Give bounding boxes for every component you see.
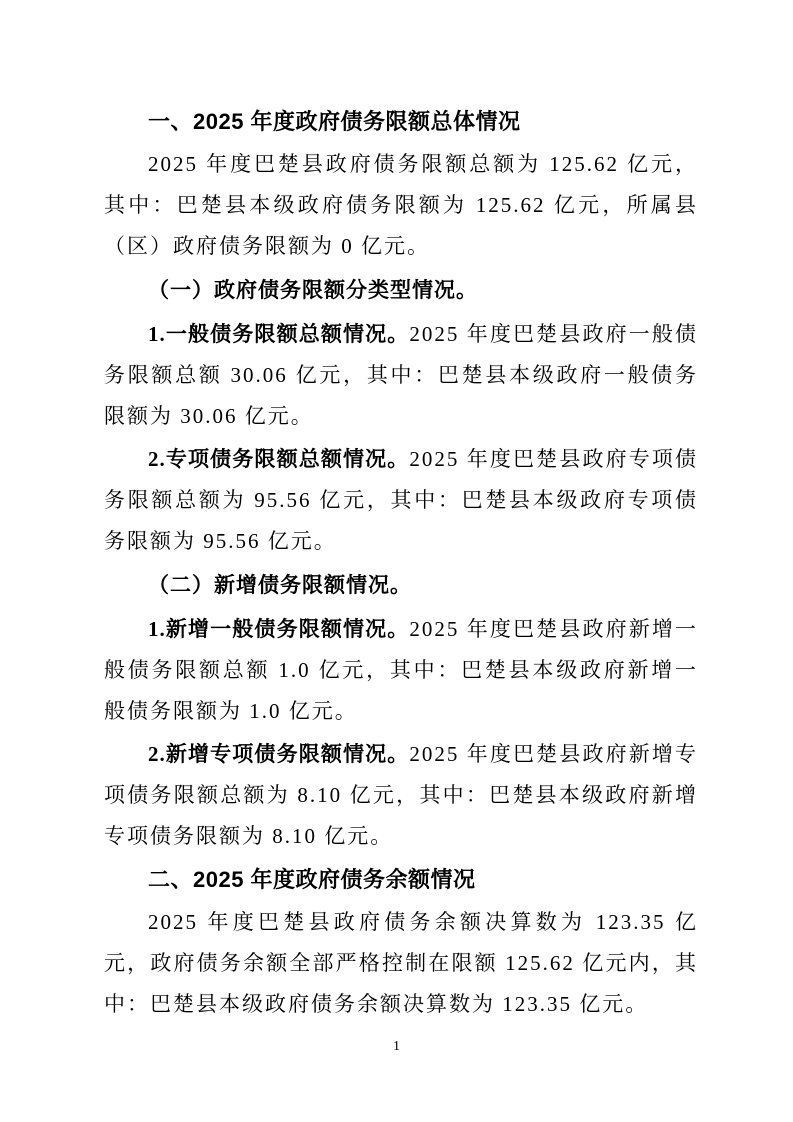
page-footer: 1 [0, 1038, 793, 1056]
section-heading-debt-limit: 一、2025 年度政府债务限额总体情况 [104, 101, 698, 142]
paragraph-general-limit: 1.一般债务限额总额情况。2025 年度巴楚县政府一般债务限额总额 30.06 … [104, 314, 698, 437]
paragraph-special-limit: 2.专项债务限额总额情况。2025 年度巴楚县政府专项债务限额总额为 95.56… [104, 439, 698, 562]
subsection-heading-limit-by-type: （一）政府债务限额分类型情况。 [104, 270, 698, 311]
paragraph-debt-balance: 2025 年度巴楚县政府债务余额决算数为 123.35 亿元，政府债务余额全部严… [104, 902, 698, 1025]
paragraph-lead-special-limit: 2.专项债务限额总额情况。 [148, 447, 409, 471]
paragraph-lead-new-special-limit: 2.新增专项债务限额情况。 [148, 742, 409, 766]
paragraph-lead-new-general-limit: 1.新增一般债务限额情况。 [148, 617, 409, 641]
paragraph-lead-general-limit: 1.一般债务限额总额情况。 [148, 322, 409, 346]
document-content: 一、2025 年度政府债务限额总体情况 2025 年度巴楚县政府债务限额总额为 … [104, 99, 698, 1027]
document-page: 一、2025 年度政府债务限额总体情况 2025 年度巴楚县政府债务限额总额为 … [0, 0, 793, 1122]
paragraph-new-general-limit: 1.新增一般债务限额情况。2025 年度巴楚县政府新增一般债务限额总额 1.0 … [104, 609, 698, 732]
paragraph-new-special-limit: 2.新增专项债务限额情况。2025 年度巴楚县政府新增专项债务限额总额为 8.1… [104, 734, 698, 857]
subsection-heading-new-limit: （二）新增债务限额情况。 [104, 565, 698, 606]
page-number: 1 [393, 1039, 400, 1054]
section-heading-debt-balance: 二、2025 年度政府债务余额情况 [104, 859, 698, 900]
paragraph-total-limit: 2025 年度巴楚县政府债务限额总额为 125.62 亿元，其中：巴楚县本级政府… [104, 144, 698, 267]
